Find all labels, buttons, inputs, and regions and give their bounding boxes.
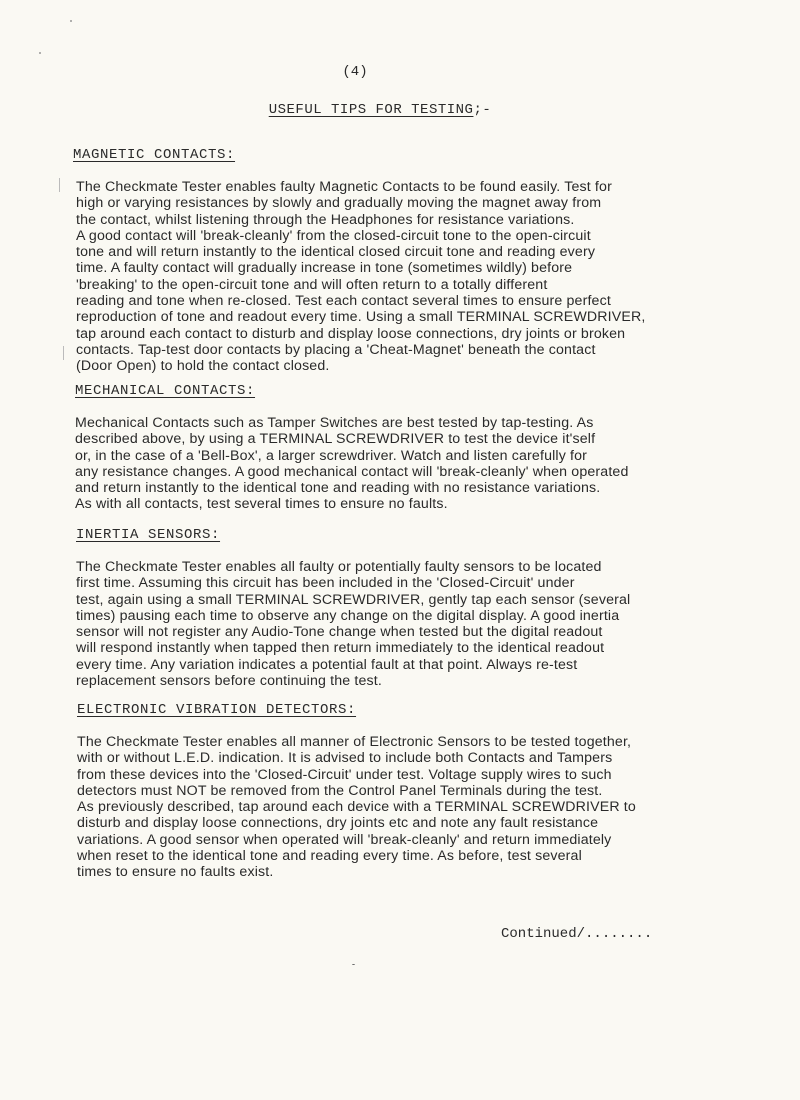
body-line: will respond instantly when tapped then … xyxy=(76,640,776,656)
body-line: when reset to the identical tone and rea… xyxy=(77,848,777,864)
section-body: The Checkmate Tester enables all faulty … xyxy=(76,559,776,689)
body-line: reproduction of tone and readout every t… xyxy=(76,309,773,325)
body-line: every time. Any variation indicates a po… xyxy=(76,657,776,673)
body-line: with or without L.E.D. indication. It is… xyxy=(77,750,777,766)
body-line: times) pausing each time to observe any … xyxy=(76,608,776,624)
body-line: from these devices into the 'Closed-Circ… xyxy=(77,767,777,783)
page-number: (4) xyxy=(0,64,710,80)
body-line: replacement sensors before continuing th… xyxy=(76,673,776,689)
margin-mark xyxy=(59,178,60,192)
section-heading: INERTIA SENSORS: xyxy=(76,527,220,543)
body-line: tone and will return instantly to the id… xyxy=(76,244,773,260)
body-line: tap around each contact to disturb and d… xyxy=(76,326,773,342)
body-line: (Door Open) to hold the contact closed. xyxy=(76,358,773,374)
section-heading: ELECTRONIC VIBRATION DETECTORS: xyxy=(77,702,356,718)
section-body: Mechanical Contacts such as Tamper Switc… xyxy=(75,415,775,513)
body-line: As with all contacts, test several times… xyxy=(75,496,775,512)
body-line: The Checkmate Tester enables all faulty … xyxy=(76,559,776,575)
body-line: disturb and display loose connections, d… xyxy=(77,815,777,831)
body-line: contacts. Tap-test door contacts by plac… xyxy=(76,342,773,358)
paper-speck xyxy=(39,52,41,54)
section-heading: MECHANICAL CONTACTS: xyxy=(75,383,255,399)
section-mechanical-contacts: MECHANICAL CONTACTS: Mechanical Contacts… xyxy=(75,381,775,513)
body-line: A good contact will 'break-cleanly' from… xyxy=(76,228,773,244)
body-line: detectors must NOT be removed from the C… xyxy=(77,783,777,799)
body-line: and return instantly to the identical to… xyxy=(75,480,775,496)
body-line: described above, by using a TERMINAL SCR… xyxy=(75,431,775,447)
body-line: the contact, whilst listening through th… xyxy=(76,212,773,228)
paper-speck xyxy=(352,964,355,965)
body-line: or, in the case of a 'Bell-Box', a large… xyxy=(75,448,775,464)
margin-mark xyxy=(63,346,64,360)
body-line: 'breaking' to the open-circuit tone and … xyxy=(76,277,773,293)
body-line: time. A faulty contact will gradually in… xyxy=(76,260,773,276)
section-body: The Checkmate Tester enables faulty Magn… xyxy=(76,179,773,375)
section-electronic-vibration-detectors: ELECTRONIC VIBRATION DETECTORS: The Chec… xyxy=(77,700,777,881)
section-body: The Checkmate Tester enables all manner … xyxy=(77,734,777,881)
body-line: sensor will not register any Audio-Tone … xyxy=(76,624,776,640)
body-line: any resistance changes. A good mechanica… xyxy=(75,464,775,480)
body-line: first time. Assuming this circuit has be… xyxy=(76,575,776,591)
document-title: USEFUL TIPS FOR TESTING;- xyxy=(0,102,760,118)
body-line: Mechanical Contacts such as Tamper Switc… xyxy=(75,415,775,431)
section-heading: MAGNETIC CONTACTS: xyxy=(73,147,235,163)
paper-speck xyxy=(70,20,72,22)
body-line: test, again using a small TERMINAL SCREW… xyxy=(76,592,776,608)
document-title-text: USEFUL TIPS FOR TESTING xyxy=(269,102,474,118)
body-line: variations. A good sensor when operated … xyxy=(77,832,777,848)
body-line: The Checkmate Tester enables faulty Magn… xyxy=(76,179,773,195)
body-line: The Checkmate Tester enables all manner … xyxy=(77,734,777,750)
body-line: reading and tone when re-closed. Test ea… xyxy=(76,293,773,309)
section-magnetic-contacts: MAGNETIC CONTACTS: The Checkmate Tester … xyxy=(73,145,773,375)
body-line: high or varying resistances by slowly an… xyxy=(76,195,773,211)
body-line: As previously described, tap around each… xyxy=(77,799,777,815)
continued-note: Continued/........ xyxy=(501,926,652,942)
document-title-suffix: ;- xyxy=(473,102,491,118)
body-line: times to ensure no faults exist. xyxy=(77,864,777,880)
section-inertia-sensors: INERTIA SENSORS: The Checkmate Tester en… xyxy=(76,525,776,689)
